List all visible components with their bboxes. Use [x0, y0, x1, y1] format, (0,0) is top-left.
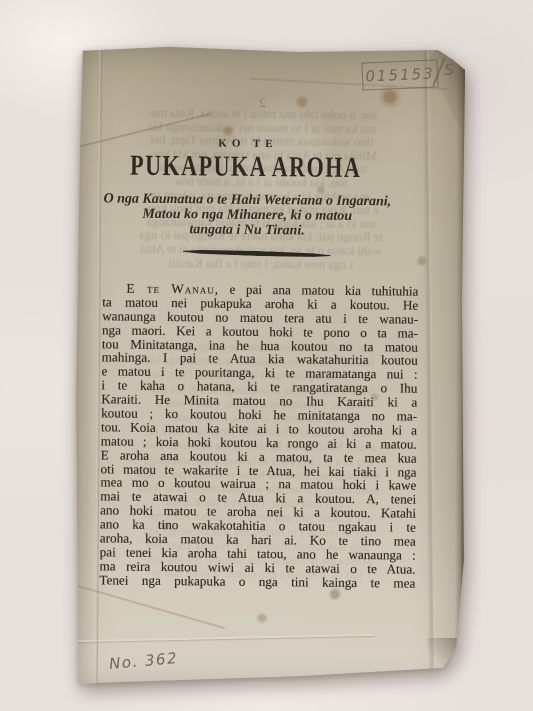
- document-subtitle: O nga Kaumatua o te Hahi Weteriana o Ing…: [89, 192, 405, 240]
- accession-suffix-annotation: S: [444, 60, 454, 79]
- bottom-right-corner-fold: [427, 638, 467, 685]
- accession-number-annotation: 015153: [361, 59, 438, 90]
- body-text: E te Wanau, e pai ana matou kia tuhituhi…: [99, 281, 418, 590]
- paper-shadow-wrapper: atu, o noho tahi ana ratou i te aroha. K…: [75, 45, 467, 687]
- document-paper: atu, o noho tahi ana ratou i te aroha. K…: [75, 45, 467, 687]
- photo-background: atu, o noho tahi ana ratou i te aroha. K…: [0, 0, 533, 711]
- verso-page-edge: [454, 53, 468, 679]
- bleedthrough-page-number: 2: [104, 93, 420, 112]
- body-line: Tenei nga pukapuka o nga tini kainga te …: [99, 573, 415, 590]
- page-content: atu, o noho tahi ana ratou i te aroha. K…: [98, 43, 421, 688]
- bleedthrough-line: i nga mea katoa, i roto i a Ihu Karaiti: [103, 255, 419, 273]
- document-title: PUKAPUKA AROHA: [125, 150, 365, 186]
